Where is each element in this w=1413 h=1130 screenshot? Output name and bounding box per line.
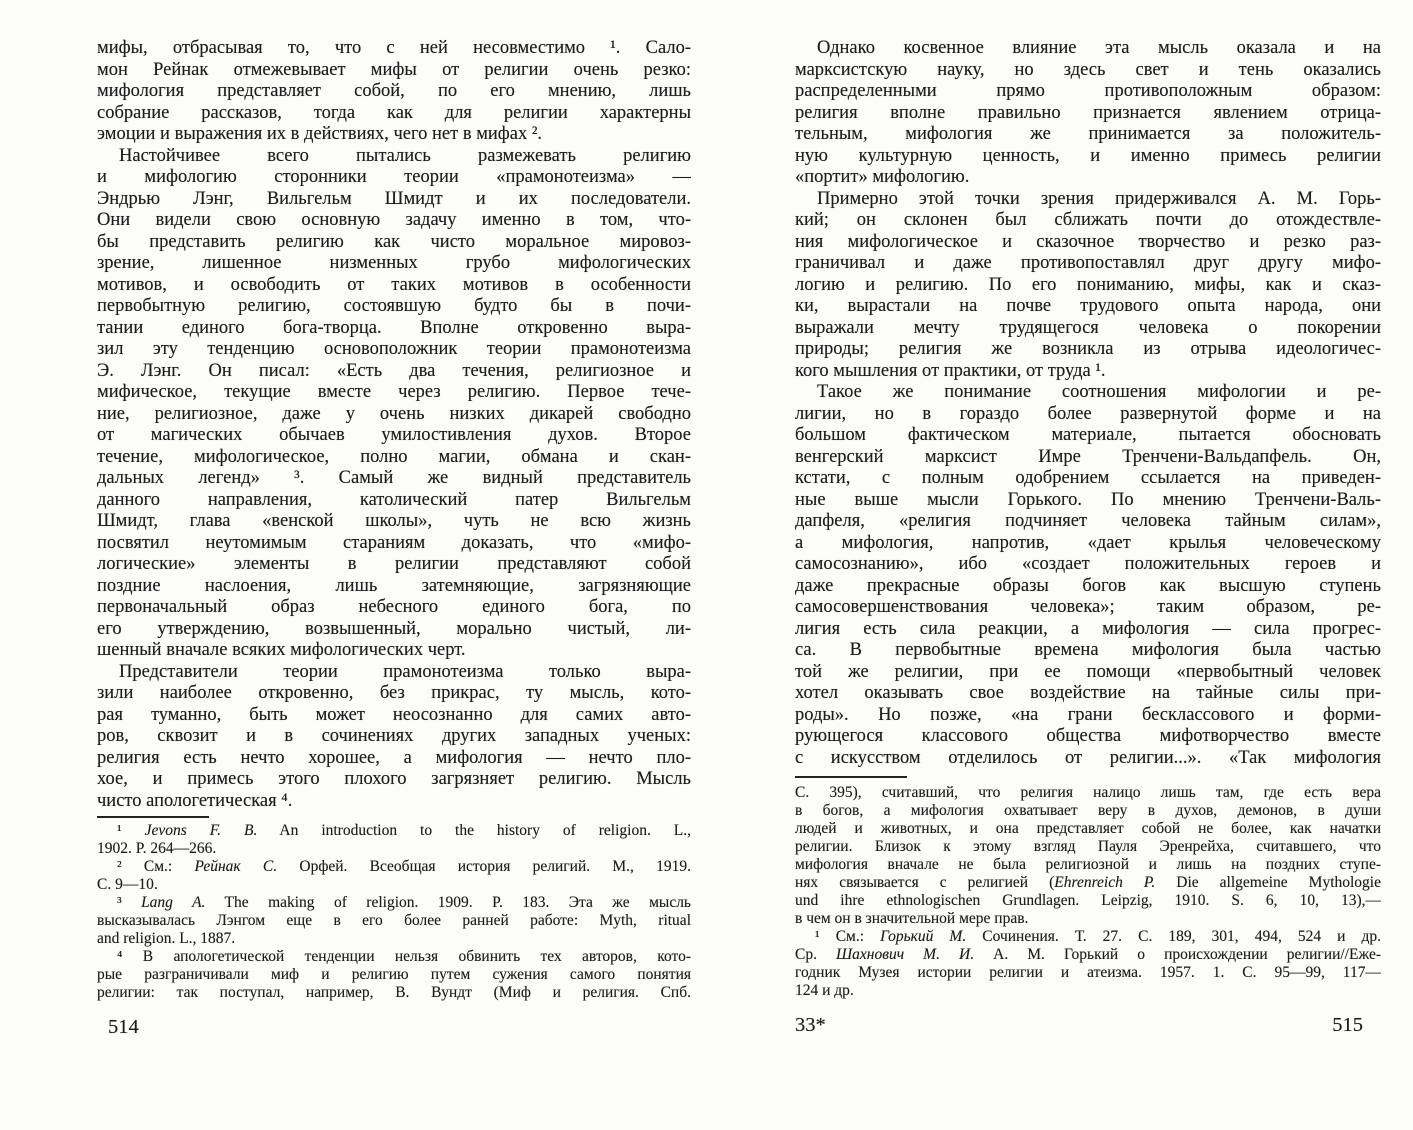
body-line: природы; религия же возникла из отрыва и… <box>795 339 1381 361</box>
body-line: и мифологию сторонники теории «прамоноте… <box>97 167 691 189</box>
footnote-line: and religion. L., 1887. <box>97 930 691 948</box>
footnote-divider <box>795 776 907 778</box>
body-line: с искусством отделилось от религии...». … <box>795 748 1381 770</box>
scanned-book-spread: { "colors": { "paper": "#fcfcfa", "ink":… <box>0 0 1413 1130</box>
footnote-line: ¹ Jevons F. B. An introduction to the hi… <box>97 822 691 840</box>
body-line: даже прекрасные образы богов как высшую … <box>795 576 1381 598</box>
body-line: ние, религиозное, даже у очень низких ди… <box>97 404 691 426</box>
body-line: мифы, отбрасывая то, что с ней несовмест… <box>97 38 691 60</box>
body-line: религия вполне правильно признается явле… <box>795 103 1381 125</box>
page-footer: 514 <box>97 1015 691 1039</box>
body-line: Они видели свою основную задачу именно в… <box>97 210 691 232</box>
footnote-line: рые разграничивали миф и религию путем с… <box>97 966 691 984</box>
body-line: кстати, с полным одобрением ссылается на… <box>795 468 1381 490</box>
body-line: кий; он склонен был сближать почти до от… <box>795 210 1381 232</box>
body-line: а мифология, напротив, «дает крылья чело… <box>795 533 1381 555</box>
footnote-line: Ср. Шахнович М. И. А. М. Горький о проис… <box>795 946 1381 964</box>
body-line: рующегося классового общества мифотворче… <box>795 726 1381 748</box>
body-line: чисто апологетическая ⁴. <box>97 791 691 813</box>
body-line: «портит» мифологию. <box>795 167 1381 189</box>
body-line: первобытную религию, состоявшую будто бы… <box>97 296 691 318</box>
body-line: дапфеля, «религия подчиняет человека тай… <box>795 511 1381 533</box>
body-line: Такое же понимание соотношения мифологии… <box>795 382 1381 404</box>
footnote-line: религии. Близок к этому взгляд Пауля Эре… <box>795 838 1381 856</box>
page-footer: 33* 515 <box>795 1013 1381 1037</box>
body-line: Однако косвенное влияние эта мысль оказа… <box>795 38 1381 60</box>
body-line: распределенными прямо противоположным об… <box>795 81 1381 103</box>
body-line: шенный вначале всяких мифологических чер… <box>97 640 691 662</box>
page-number: 514 <box>108 1016 139 1038</box>
footnote-line: 1902. P. 264—266. <box>97 840 691 858</box>
body-line: лигии, но в гораздо более развернутой фо… <box>795 404 1381 426</box>
footnotes: С. 395), считавший, что религия налицо л… <box>795 784 1381 1000</box>
body-line: самосознанию», ибо «создает положительны… <box>795 554 1381 576</box>
body-line: ния мифологическое и сказочное творчеств… <box>795 232 1381 254</box>
body-line: Настойчивее всего пытались размежевать р… <box>97 146 691 168</box>
body-line: Эндрью Лэнг, Вильгельм Шмидт и их послед… <box>97 189 691 211</box>
body-line: его утверждению, возвышенный, морально ч… <box>97 619 691 641</box>
footnote-line: мифология вначале не была религиозной и … <box>795 856 1381 874</box>
footnote-line: в богов, а мифология охватывает веру в д… <box>795 802 1381 820</box>
body-line: мон Рейнак отмежевывает мифы от религии … <box>97 60 691 82</box>
footnote-line: годник Музея истории религии и атеизма. … <box>795 964 1381 982</box>
footnote-line: ¹ См.: Горький М. Сочинения. Т. 27. С. 1… <box>795 928 1381 946</box>
footnotes: ¹ Jevons F. B. An introduction to the hi… <box>97 822 691 1002</box>
footnote-line: und ihre ethnologischen Grundlagen. Leip… <box>795 892 1381 910</box>
body-line: выражали мечту трудящегося человека о по… <box>795 318 1381 340</box>
body-line: ров, сквозит и в сочинениях других запад… <box>97 726 691 748</box>
body-line: посвятил неутомимым стараниям доказать, … <box>97 533 691 555</box>
body-line: поздние наслоения, лишь затемняющие, заг… <box>97 576 691 598</box>
body-line: от магических обычаев умилостивления дух… <box>97 425 691 447</box>
body-line: марксистскую науку, но здесь свет и тень… <box>795 60 1381 82</box>
body-line: рая туманно, быть может неосознанно для … <box>97 705 691 727</box>
body-line: Представители теории прамонотеизма тольк… <box>97 662 691 684</box>
body-line: мифическое, текущие вместе через религию… <box>97 382 691 404</box>
body-line: большом фактическом материале, пытается … <box>795 425 1381 447</box>
page-515: Однако косвенное влияние эта мысль оказа… <box>795 38 1381 1037</box>
body-line: хое, и примесь этого плохого загрязняет … <box>97 769 691 791</box>
body-line: бы представить религию как чисто моральн… <box>97 232 691 254</box>
body-line: тании единого бога-творца. Вполне откров… <box>97 318 691 340</box>
footnote-line: в чем он в значительной мере прав. <box>795 910 1381 928</box>
body-line: дальных легенд» ³. Самый же видный предс… <box>97 468 691 490</box>
body-line: течение, мифологическое, полно магии, об… <box>97 447 691 469</box>
footnote-line: религии: так поступал, например, В. Вунд… <box>97 984 691 1002</box>
body-line: мотивов, и освободить от таких мотивов в… <box>97 275 691 297</box>
body-line: ную культурную ценность, и именно примес… <box>795 146 1381 168</box>
body-line: первоначальный образ небесного единого б… <box>97 597 691 619</box>
page-number: 515 <box>1332 1013 1363 1037</box>
body-line: ки, вырастали на почве трудового опыта н… <box>795 296 1381 318</box>
page-body-text: мифы, отбрасывая то, что с ней несовмест… <box>97 38 691 812</box>
body-line: религия есть нечто хорошее, а мифология … <box>97 748 691 770</box>
body-line: зил эту тенденцию основоположник теории … <box>97 339 691 361</box>
body-line: роды». Но позже, «на грани бесклассового… <box>795 705 1381 727</box>
page-body-text: Однако косвенное влияние эта мысль оказа… <box>795 38 1381 769</box>
body-line: той же религии, при ее помощи «первобытн… <box>795 662 1381 684</box>
footnote-line: ³ Lang A. The making of religion. 1909. … <box>97 894 691 912</box>
body-line: данного направления, католический патер … <box>97 490 691 512</box>
body-line: эмоции и выражения их в действиях, чего … <box>97 124 691 146</box>
footnote-line: высказывалась Лэнгом еще в его более ран… <box>97 912 691 930</box>
footnote-line: нях связывается с религией (Ehrenreich P… <box>795 874 1381 892</box>
footnote-divider <box>97 816 209 818</box>
body-line: зили наиболее откровенно, без прикрас, т… <box>97 683 691 705</box>
body-line: зрение, лишенное низменных грубо мифолог… <box>97 253 691 275</box>
body-line: лигия есть сила реакции, а мифология — с… <box>795 619 1381 641</box>
body-line: Шмидт, глава «венской школы», чуть не вс… <box>97 511 691 533</box>
footnote-line: С. 9—10. <box>97 876 691 894</box>
body-line: логические» элементы в религии представл… <box>97 554 691 576</box>
body-line: кого мышления от практики, от труда ¹. <box>795 361 1381 383</box>
body-line: хотел оказывать свое воздействие на тайн… <box>795 683 1381 705</box>
footnote-line: людей и животных, и она представляет соб… <box>795 820 1381 838</box>
body-line: граничивал и даже противопоставлял друг … <box>795 253 1381 275</box>
signature-mark: 33* <box>795 1013 826 1037</box>
footnote-line: 124 и др. <box>795 982 1381 1000</box>
body-line: венгерский марксист Имре Тренчени-Вальда… <box>795 447 1381 469</box>
footnote-line: С. 395), считавший, что религия налицо л… <box>795 784 1381 802</box>
page-514: мифы, отбрасывая то, что с ней несовмест… <box>97 38 691 1039</box>
body-line: са. В первобытные времена мифология была… <box>795 640 1381 662</box>
footnote-line: ⁴ В апологетической тенденции нельзя обв… <box>97 948 691 966</box>
body-line: Примерно этой точки зрения придерживался… <box>795 189 1381 211</box>
body-line: собрание рассказов, тогда как для религи… <box>97 103 691 125</box>
body-line: ные выше мысли Горького. По мнению Тренч… <box>795 490 1381 512</box>
body-line: логию и религию. По его пониманию, мифы,… <box>795 275 1381 297</box>
body-line: тельным, мифология же принимается за пол… <box>795 124 1381 146</box>
body-line: самосовершенствования человека»; таким о… <box>795 597 1381 619</box>
body-line: мифология представляет собой, по его мне… <box>97 81 691 103</box>
body-line: Э. Лэнг. Он писал: «Есть два течения, ре… <box>97 361 691 383</box>
footnote-line: ² См.: Рейнак С. Орфей. Всеобщая история… <box>97 858 691 876</box>
